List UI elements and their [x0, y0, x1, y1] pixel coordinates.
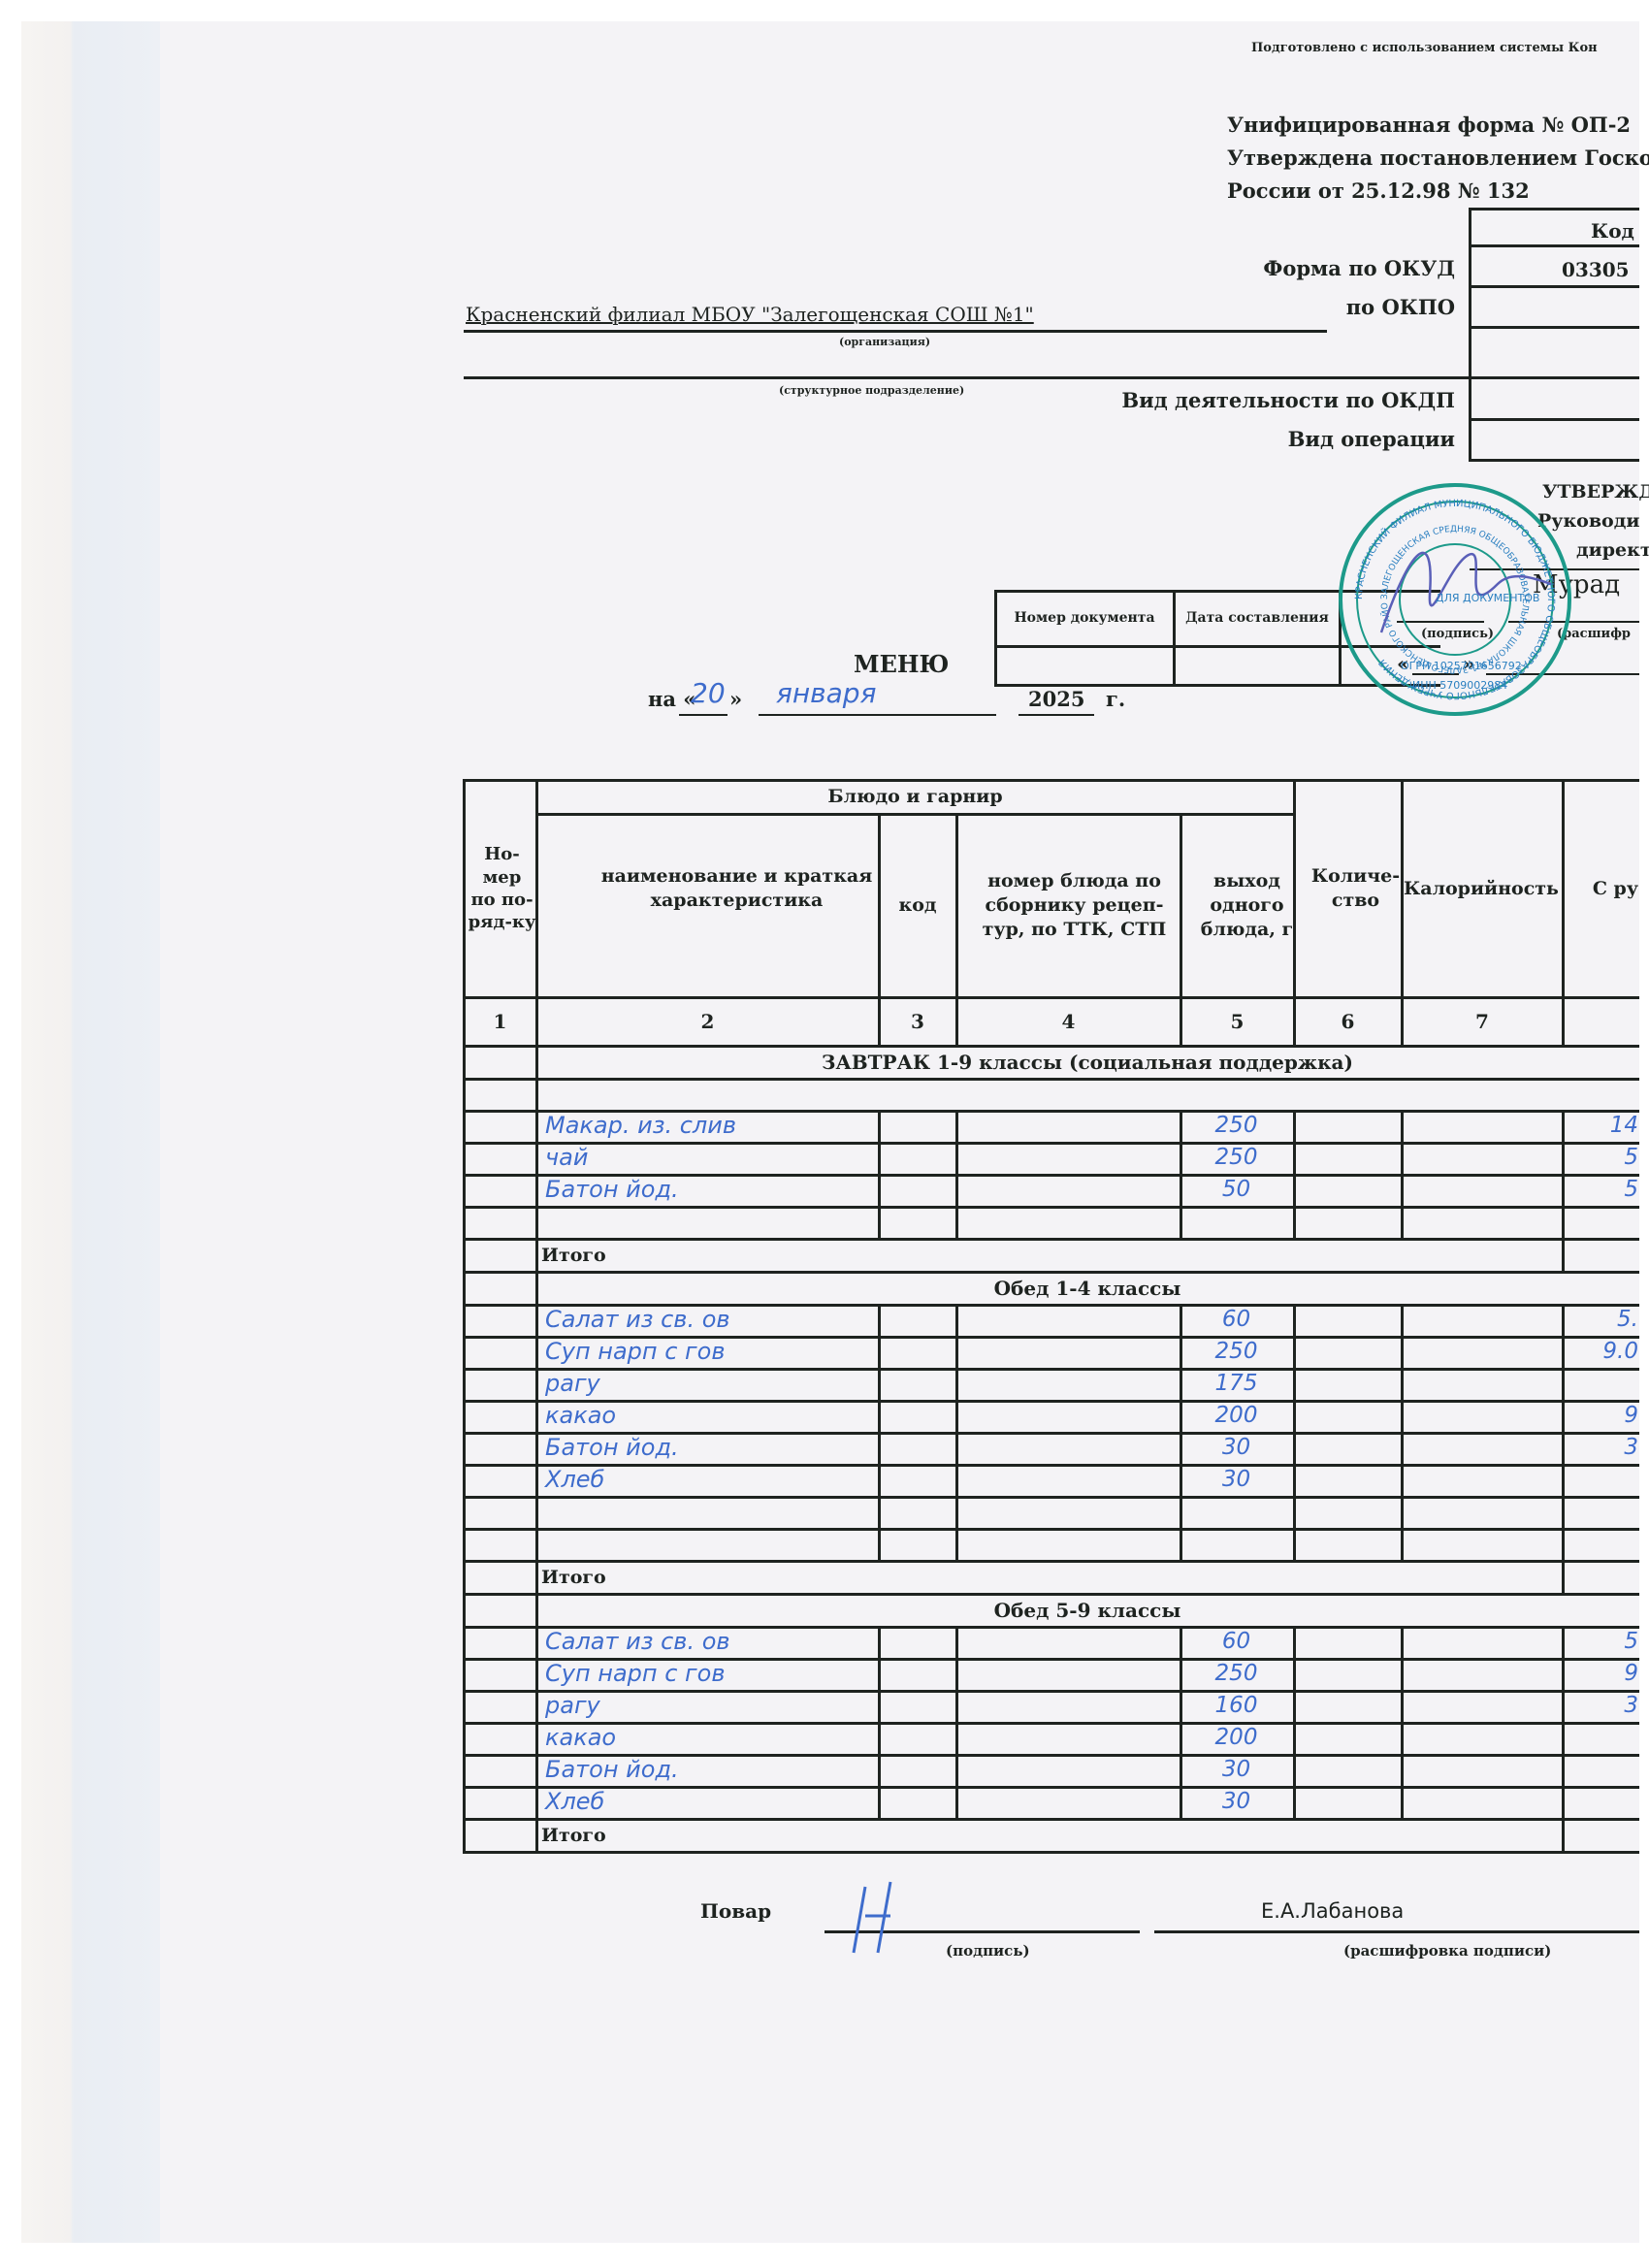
dish-yield: 200: [1182, 1401, 1290, 1431]
dish-name: чай: [545, 1143, 874, 1173]
column-number: 3: [881, 999, 954, 1044]
header-dish-group: Блюдо и гарнир: [538, 781, 1292, 813]
header-name: наименование и краткая характеристика: [538, 816, 935, 960]
section-total-label: Итого: [541, 1562, 735, 1593]
dish-yield: 30: [1182, 1465, 1290, 1495]
organization-line: [464, 330, 1327, 333]
menu-day-close: »: [729, 687, 742, 711]
cook-signature: [844, 1877, 912, 1955]
dish-cost: 3: [1565, 1691, 1638, 1721]
dish-name: какао: [545, 1401, 874, 1431]
column-number: 6: [1296, 999, 1400, 1044]
stamp-ogrn: ОГРН 1025701656792: [1401, 660, 1522, 672]
table-rule: [1293, 1304, 1296, 1560]
okpo-label: по ОКПО: [1067, 295, 1455, 319]
approval-name-caption: (расшифр: [1557, 627, 1631, 641]
dish-yield: 50: [1182, 1175, 1290, 1205]
okud-value: 03305: [1562, 258, 1630, 281]
dish-cost: 5: [1565, 1627, 1638, 1657]
menu-date-prefix: на «: [648, 687, 695, 711]
table-rule: [1562, 1110, 1565, 1271]
table-rule: [1293, 1110, 1296, 1238]
dish-name: Салат из св. ов: [545, 1305, 874, 1335]
table-rule: [878, 1110, 881, 1238]
dish-name: рагу: [545, 1369, 874, 1399]
table-rule: [1401, 1110, 1404, 1238]
table-rule: [463, 1851, 1639, 1854]
table-rule: [1401, 1304, 1404, 1560]
dish-cost: 3: [1565, 1433, 1638, 1463]
dish-cost: 5: [1565, 1143, 1638, 1173]
table-rule: [1562, 1626, 1565, 1851]
menu-day: 20: [691, 677, 726, 709]
dish-yield: 250: [1182, 1659, 1290, 1689]
dish-name: Батон йод.: [545, 1433, 874, 1463]
doc-date-header: Дата составления: [1176, 592, 1339, 645]
dish-yield: 250: [1182, 1111, 1290, 1141]
dish-name: Батон йод.: [545, 1755, 874, 1785]
table-rule: [463, 1078, 1639, 1081]
dish-yield: 160: [1182, 1691, 1290, 1721]
table-rule: [463, 1528, 1639, 1531]
table-rule: [463, 1206, 1639, 1209]
header-calories: Калорийность: [1404, 782, 1561, 995]
approval-position: директ: [1576, 539, 1649, 561]
header-quantity: Количе-ство: [1296, 782, 1415, 995]
dish-yield: 250: [1182, 1143, 1290, 1173]
header-yield: выход одного блюда, г: [1182, 816, 1311, 995]
dish-yield: 200: [1182, 1723, 1290, 1753]
approved-line-2: России от 25.12.98 № 132: [1227, 178, 1530, 203]
dish-cost: 9.0: [1565, 1337, 1638, 1367]
scanner-edge-strip: [21, 21, 160, 2243]
table-rule: [955, 1110, 958, 1238]
header-recipe-number: номер блюда по сборнику рецеп-тур, по ТТ…: [958, 816, 1190, 995]
column-number: [1565, 999, 1638, 1044]
section-title: Обед 1-4 классы: [538, 1273, 1636, 1304]
organization-caption: (организация): [839, 336, 930, 348]
table-rule: [878, 1304, 881, 1560]
dish-yield: 30: [1182, 1755, 1290, 1785]
table-rule: [1180, 1304, 1182, 1560]
column-number: 7: [1404, 999, 1561, 1044]
table-rule: [1562, 1304, 1565, 1593]
column-number: 4: [958, 999, 1179, 1044]
subdivision-line: [464, 376, 1472, 379]
codes-header: Код: [1591, 219, 1634, 243]
table-rule: [878, 1626, 881, 1818]
cook-signature-caption: (подпись): [946, 1942, 1030, 1960]
dish-name: Батон йод.: [545, 1175, 874, 1205]
dish-yield: 30: [1182, 1433, 1290, 1463]
cook-name-caption: (расшифровка подписи): [1343, 1942, 1551, 1960]
cook-name: Е.А.Лабанова: [1261, 1899, 1404, 1923]
dish-yield: 30: [1182, 1787, 1290, 1817]
dish-cost: 5.: [1565, 1305, 1638, 1335]
dish-name: Салат из св. ов: [545, 1627, 874, 1657]
dish-name: Хлеб: [545, 1787, 874, 1817]
table-rule: [955, 1626, 958, 1818]
menu-title: МЕНЮ: [854, 650, 949, 678]
section-total-label: Итого: [541, 1820, 735, 1851]
dish-cost: 9: [1565, 1659, 1638, 1689]
dish-name: Суп нарп с гов: [545, 1337, 874, 1367]
header-row-number: Но-мер по по-ряд-ку: [466, 782, 538, 995]
column-number: 2: [538, 999, 877, 1044]
header-code: код: [881, 816, 954, 995]
column-number: 5: [1182, 999, 1292, 1044]
column-number: 1: [466, 999, 534, 1044]
dish-yield: 250: [1182, 1337, 1290, 1367]
dish-name: рагу: [545, 1691, 874, 1721]
section-total-label: Итого: [541, 1240, 735, 1271]
dish-cost: 9: [1565, 1401, 1638, 1431]
dish-cost: 14: [1565, 1111, 1638, 1141]
cook-name-line: [1154, 1930, 1639, 1933]
cook-label: Повар: [700, 1899, 771, 1923]
organization-stamp: КРАСНЕНСКИЙ ФИЛИАЛ МУНИЦИПАЛЬНОГО БЮДЖЕТ…: [1339, 483, 1571, 716]
dish-name: Макар. из. слив: [545, 1111, 874, 1141]
dish-name: Суп нарп с гов: [545, 1659, 874, 1689]
header-cost: С ру: [1565, 782, 1642, 995]
okdp-label: Вид деятельности по ОКДП: [970, 388, 1455, 412]
organization-name: Красненский филиал МБОУ "Залегощенская С…: [466, 303, 1034, 326]
table-rule: [463, 1496, 1639, 1499]
operation-label: Вид операции: [1067, 427, 1455, 451]
menu-year: 2025: [1028, 687, 1084, 711]
dish-yield: 60: [1182, 1305, 1290, 1335]
table-rule: [955, 1304, 958, 1560]
subdivision-caption: (структурное подразделение): [779, 384, 964, 397]
dish-yield: 60: [1182, 1627, 1290, 1657]
section-title: Обед 5-9 классы: [538, 1595, 1636, 1626]
table-rule: [1401, 1626, 1404, 1818]
table-rule: [1180, 1110, 1182, 1238]
stamp-center-text: ДЛЯ ДОКУМЕНТОВ: [1436, 592, 1539, 604]
approved-line-1: Утверждена постановлением Госко: [1227, 146, 1649, 170]
form-title: Унифицированная форма № ОП-2: [1227, 113, 1631, 137]
dish-cost: 5: [1565, 1175, 1638, 1205]
menu-year-suffix: г.: [1106, 687, 1125, 711]
dish-name: Хлеб: [545, 1465, 874, 1495]
dish-name: какао: [545, 1723, 874, 1753]
dish-yield: 175: [1182, 1369, 1290, 1399]
doc-number-header: Номер документа: [997, 592, 1172, 645]
okud-label: Форма по ОКУД: [1067, 256, 1455, 280]
stamp-inn: ИНН 5709002984: [1412, 679, 1507, 692]
table-rule: [1180, 1626, 1182, 1818]
menu-month: января: [776, 677, 876, 709]
prepared-note: Подготовлено с использованием системы Ко…: [1251, 41, 1598, 55]
table-rule: [1293, 1626, 1296, 1818]
section-title: ЗАВТРАК 1-9 классы (социальная поддержка…: [538, 1047, 1636, 1078]
